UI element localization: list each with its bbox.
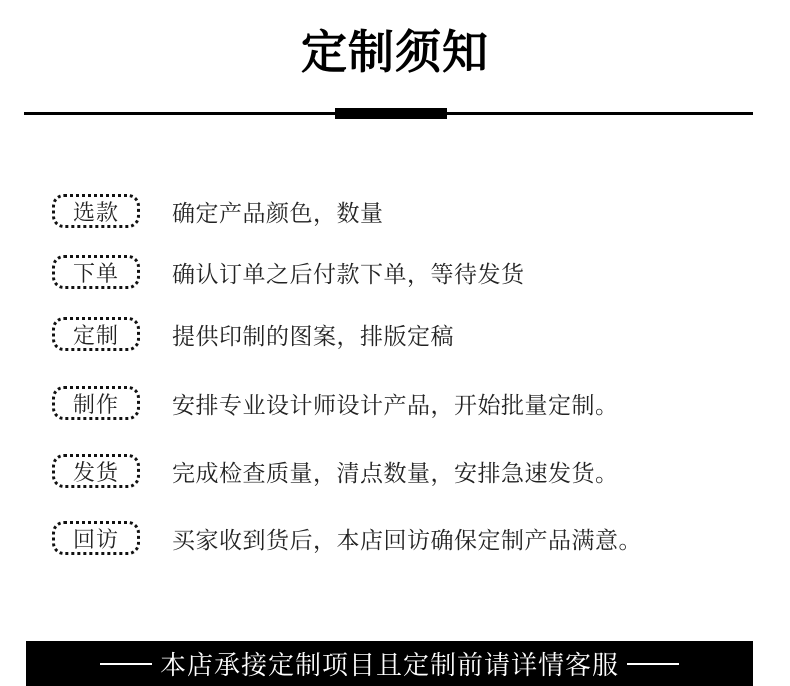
step-row-produce: 制作 安排专业设计师设计产品，开始批量定制。 — [52, 384, 619, 422]
step-row-order: 下单 确认订单之后付款下单，等待发货 — [52, 253, 525, 291]
step-badge: 回访 — [52, 521, 140, 555]
title-divider-accent — [335, 108, 447, 119]
step-description: 完成检查质量，清点数量，安排急速发货。 — [172, 455, 619, 488]
step-row-followup: 回访 买家收到货后，本店回访确保定制产品满意。 — [52, 519, 642, 557]
step-description: 买家收到货后，本店回访确保定制产品满意。 — [172, 522, 642, 555]
step-description: 确认订单之后付款下单，等待发货 — [172, 256, 525, 289]
step-row-select: 选款 确定产品颜色，数量 — [52, 192, 384, 230]
step-description: 确定产品颜色，数量 — [172, 195, 384, 228]
dash-left-decoration — [100, 663, 152, 665]
step-badge: 下单 — [52, 255, 140, 289]
page-title: 定制须知 — [0, 22, 790, 82]
footer-notice: 本店承接定制项目且定制前请详情客服 — [160, 645, 619, 682]
step-row-ship: 发货 完成检查质量，清点数量，安排急速发货。 — [52, 452, 619, 490]
step-row-customize: 定制 提供印制的图案，排版定稿 — [52, 315, 454, 353]
dash-right-decoration — [627, 663, 679, 665]
step-badge: 制作 — [52, 386, 140, 420]
step-description: 提供印制的图案，排版定稿 — [172, 318, 454, 351]
step-badge: 发货 — [52, 454, 140, 488]
step-badge: 选款 — [52, 194, 140, 228]
step-description: 安排专业设计师设计产品，开始批量定制。 — [172, 387, 619, 420]
footer-banner: 本店承接定制项目且定制前请详情客服 — [26, 641, 753, 686]
step-badge: 定制 — [52, 317, 140, 351]
